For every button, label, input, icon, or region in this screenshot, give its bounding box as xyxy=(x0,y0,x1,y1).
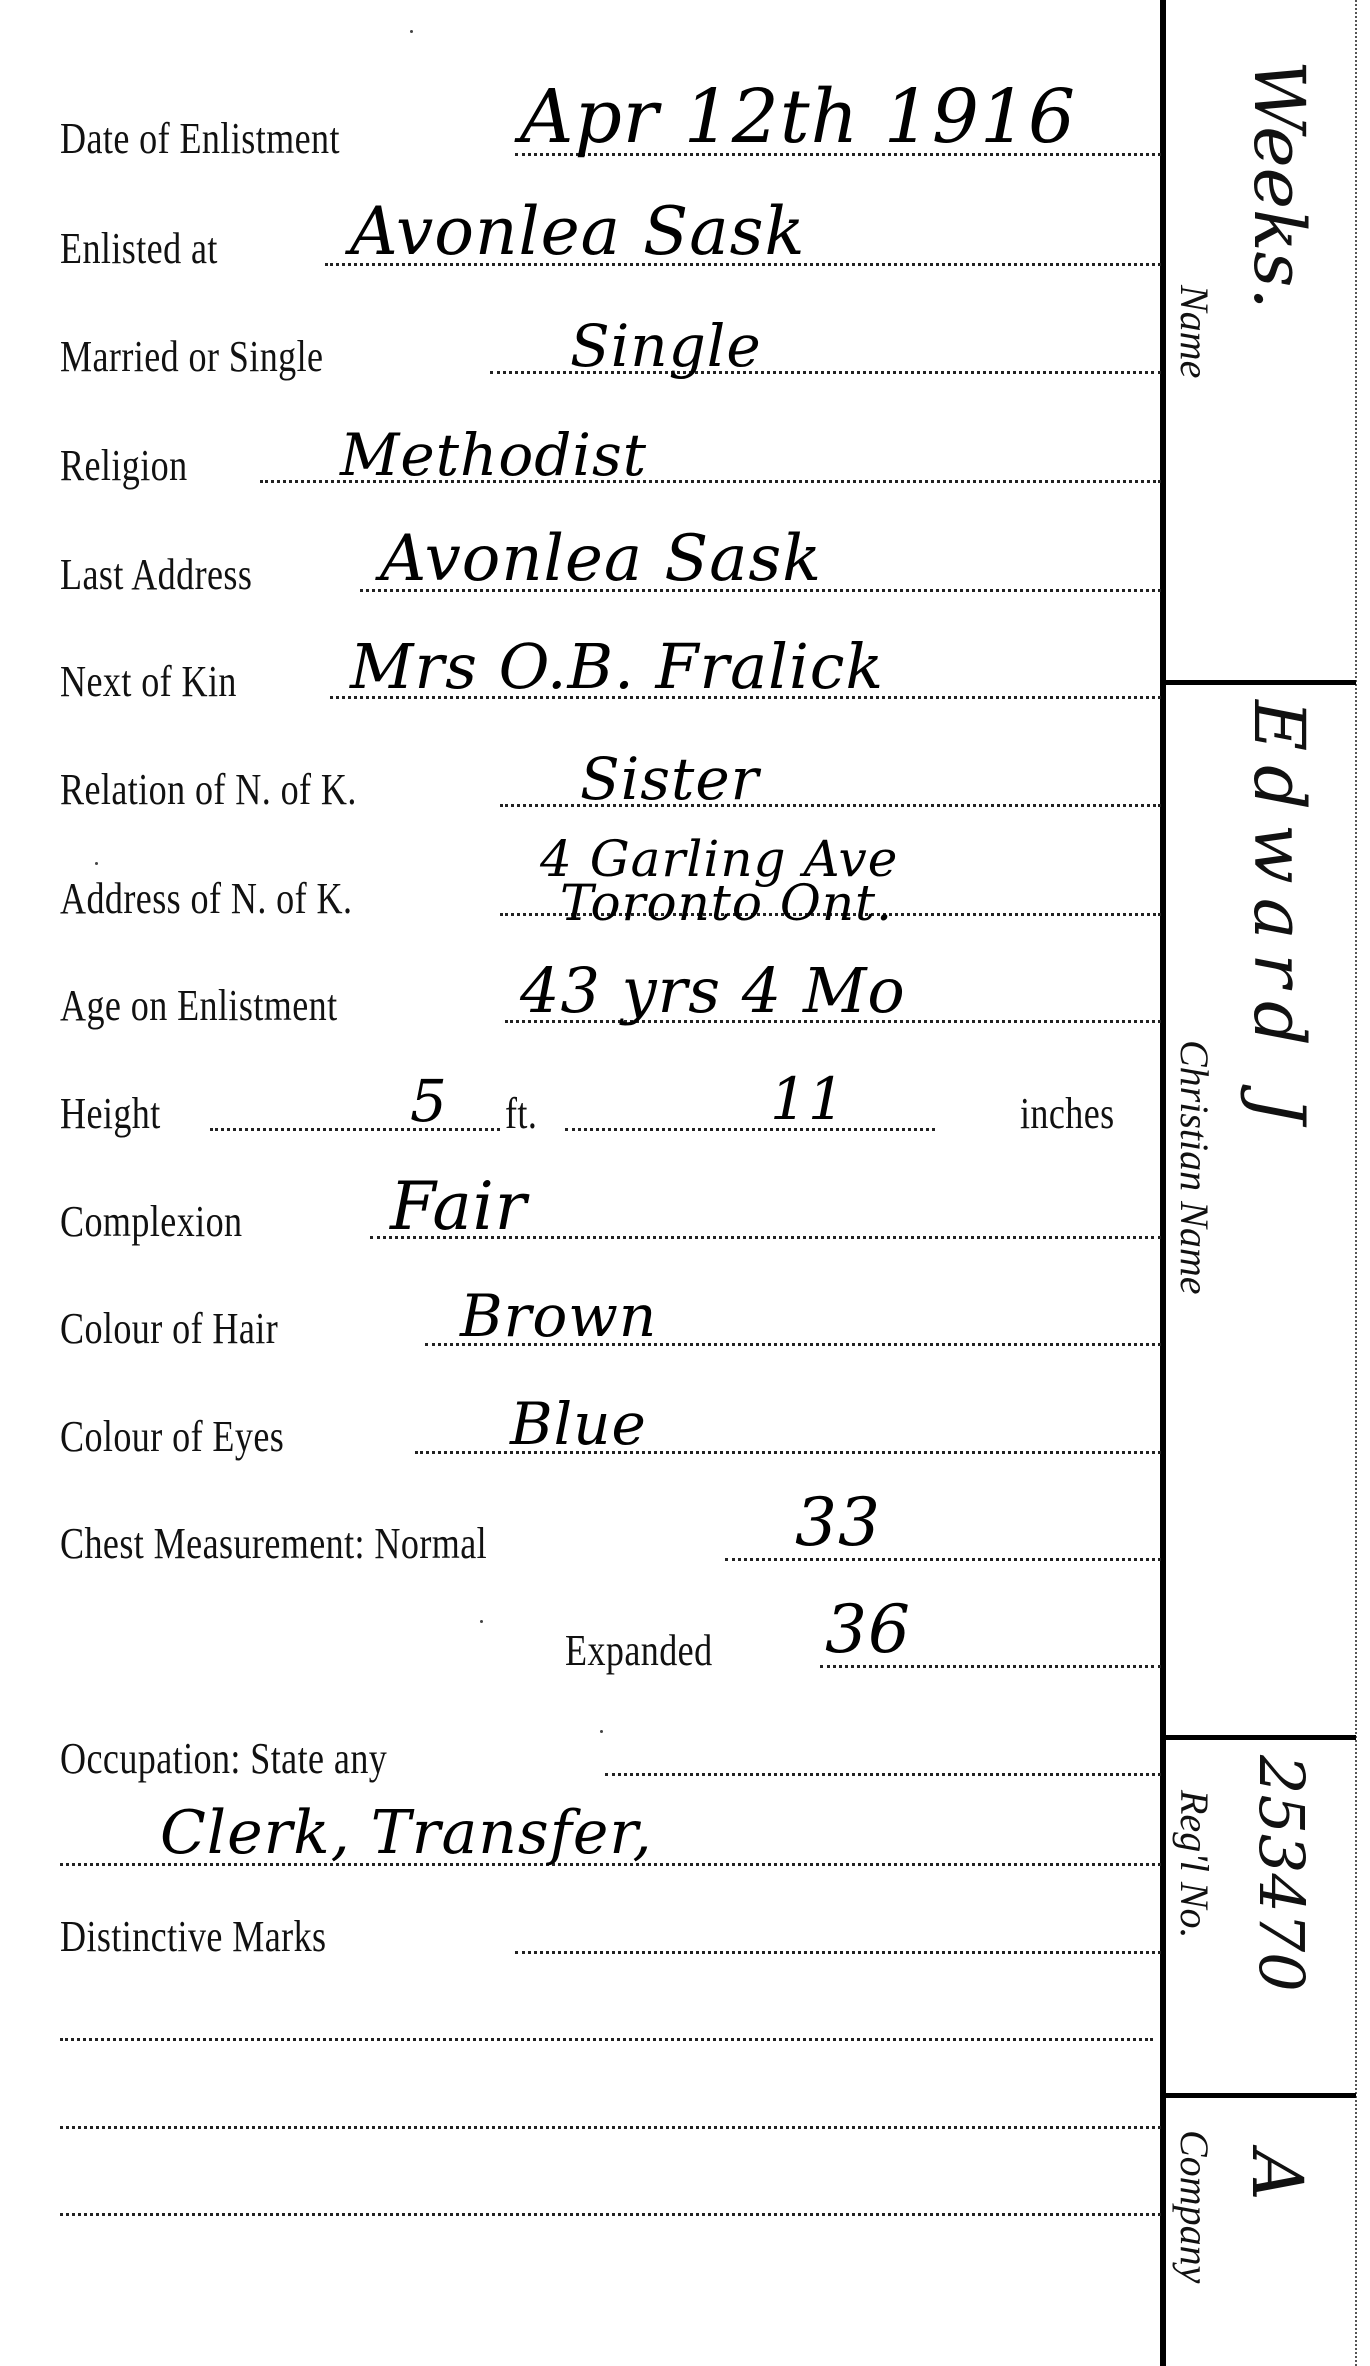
christian-name-value: Edward J xyxy=(1238,700,1320,1138)
field-value-line2[interactable]: Toronto Ont. xyxy=(560,874,893,932)
field-label: Address of N. of K. xyxy=(60,873,352,924)
field-value[interactable]: Clerk, Transfer, xyxy=(160,1798,653,1868)
field-colour-of-eyes: Colour of Eyes Blue xyxy=(60,1398,1163,1468)
field-height: Height 5 ft. 11 inches xyxy=(60,1075,1163,1145)
field-value[interactable]: Avonlea Sask xyxy=(380,522,822,596)
company-value: A xyxy=(1236,2150,1318,2201)
field-label: Colour of Eyes xyxy=(60,1411,284,1462)
field-value[interactable]: 36 xyxy=(825,1591,911,1668)
inches-unit: inches xyxy=(1020,1088,1115,1139)
field-last-address: Last Address Avonlea Sask xyxy=(60,536,1163,606)
feet-value[interactable]: 5 xyxy=(410,1067,448,1135)
field-religion: Religion Methodist xyxy=(60,427,1163,497)
right-edge-rule xyxy=(1355,0,1357,2366)
field-label: Height xyxy=(60,1088,161,1139)
christian-name-label: Christian Name xyxy=(1171,1040,1218,1294)
field-value[interactable]: Brown xyxy=(460,1282,657,1350)
field-label: Relation of N. of K. xyxy=(60,764,357,815)
field-value[interactable]: Single xyxy=(570,312,762,380)
field-relation-of-nok: Relation of N. of K. Sister xyxy=(60,751,1163,821)
fill-line xyxy=(515,1951,1161,1954)
field-distinctive-marks: Distinctive Marks xyxy=(60,1898,1163,1968)
inches-fill-line xyxy=(565,1128,935,1131)
field-value[interactable]: Blue xyxy=(510,1390,647,1458)
field-value[interactable]: 43 yrs 4 Mo xyxy=(520,954,906,1027)
fill-line xyxy=(725,1558,1161,1561)
inches-value[interactable]: 11 xyxy=(770,1065,846,1133)
scan-speck xyxy=(600,1730,603,1733)
field-label: Distinctive Marks xyxy=(60,1911,327,1962)
field-label: Colour of Hair xyxy=(60,1303,278,1354)
distinctive-marks-line-4[interactable] xyxy=(60,2160,1163,2230)
company-label: Company xyxy=(1171,2130,1218,2283)
field-occupation: Occupation: State any xyxy=(60,1720,1163,1790)
regl-no-label: Reg'l No. xyxy=(1171,1790,1218,1939)
field-label: Married or Single xyxy=(60,331,323,382)
scan-speck xyxy=(95,862,98,865)
fill-line xyxy=(605,1773,1161,1776)
field-label: Religion xyxy=(60,440,188,491)
christian-name-section-divider xyxy=(1166,1735,1356,1740)
field-value[interactable]: Sister xyxy=(580,745,759,813)
field-address-of-nok: Address of N. of K. 4 Garling Ave Toront… xyxy=(60,860,1163,930)
feet-unit: ft. xyxy=(505,1088,537,1139)
regl-no-section-divider xyxy=(1166,2093,1356,2098)
fill-line xyxy=(60,2038,1153,2041)
field-label: Date of Enlistment xyxy=(60,113,340,164)
field-complexion: Complexion Fair xyxy=(60,1183,1163,1253)
field-label: Next of Kin xyxy=(60,656,237,707)
field-label: Complexion xyxy=(60,1196,243,1247)
field-chest-normal: Chest Measurement: Normal 33 xyxy=(60,1505,1163,1575)
field-label: Enlisted at xyxy=(60,223,218,274)
fill-line xyxy=(60,2126,1161,2129)
distinctive-marks-line-2[interactable] xyxy=(60,1985,1163,2055)
field-value[interactable]: Fair xyxy=(390,1168,527,1245)
field-value[interactable]: Avonlea Sask xyxy=(350,193,805,270)
feet-fill-line xyxy=(210,1128,500,1131)
field-enlisted-at: Enlisted at Avonlea Sask xyxy=(60,210,1163,280)
regl-no-value: 253470 xyxy=(1245,1755,1318,1992)
name-value: Weeks. xyxy=(1238,60,1320,310)
field-label: Occupation: State any xyxy=(60,1733,387,1784)
field-chest-expanded: Expanded 36 xyxy=(60,1612,1163,1682)
field-value[interactable]: 33 xyxy=(795,1484,881,1561)
fill-line xyxy=(60,2213,1161,2216)
field-age-on-enlistment: Age on Enlistment 43 yrs 4 Mo xyxy=(60,967,1163,1037)
field-colour-of-hair: Colour of Hair Brown xyxy=(60,1290,1163,1360)
field-value[interactable]: Apr 12th 1916 xyxy=(520,74,1076,160)
field-next-of-kin: Next of Kin Mrs O.B. Fralick xyxy=(60,643,1163,713)
name-section-divider xyxy=(1166,680,1356,685)
field-label: Expanded xyxy=(565,1625,713,1676)
field-label: Last Address xyxy=(60,549,252,600)
field-occupation-continued: Clerk, Transfer, xyxy=(60,1810,1163,1880)
field-label: Chest Measurement: Normal xyxy=(60,1518,487,1569)
scan-speck xyxy=(410,30,413,33)
scan-speck xyxy=(480,1620,483,1623)
field-value[interactable]: Methodist xyxy=(340,421,647,489)
field-date-of-enlistment: Date of Enlistment Apr 12th 1916 xyxy=(60,100,1163,170)
field-label: Age on Enlistment xyxy=(60,980,338,1031)
name-label: Name xyxy=(1171,285,1218,378)
distinctive-marks-line-3[interactable] xyxy=(60,2073,1163,2143)
field-value[interactable]: Mrs O.B. Fralick xyxy=(350,630,884,703)
field-married-or-single: Married or Single Single xyxy=(60,318,1163,388)
